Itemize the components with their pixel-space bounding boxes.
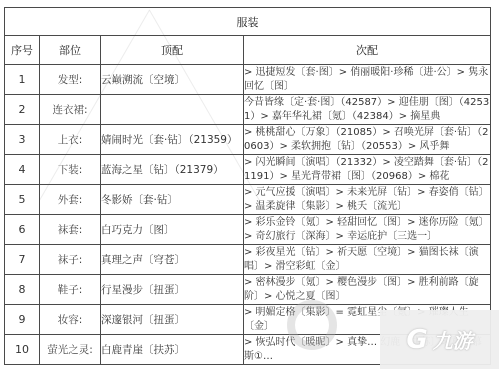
header-number: 序号 xyxy=(5,36,40,65)
row-secondary-choice: > 桃桃甜心〔万象〕（21085）> 召唤光屏〔套·钻〕（20603）> 柔软拥… xyxy=(244,125,491,155)
watermark-logo: G 九游 xyxy=(380,310,499,369)
table-row: 1 发型: 云巅溯流〔空境〕 > 迅捷短发〔套·图〕> 俏丽暖阳·珍稀〔进·公〕… xyxy=(5,65,491,95)
row-part: 发型: xyxy=(40,65,101,95)
table-row: 8 鞋子: 行星漫步〔扭蛋〕 > 密林漫步〔氪〕> 樱色漫步〔图〕> 胜利前路〔… xyxy=(5,275,491,305)
row-secondary-text: > 闪光瞬间〔演唱〕（21332）> 凌空踏舞〔套·钻〕（21191）> 星光背… xyxy=(244,156,490,184)
row-number: 9 xyxy=(5,305,40,335)
header-secondary-choice: 次配 xyxy=(244,36,491,65)
row-number: 2 xyxy=(5,95,40,125)
row-secondary-choice: > 迅捷短发〔套·图〕> 俏丽暖阳·珍稀〔进·公〕> 隽永回忆〔图〕 xyxy=(244,65,491,95)
row-secondary-text: > 密林漫步〔氪〕> 樱色漫步〔图〕> 胜利前路〔旋阶〕> 心悦之夏〔图〕 xyxy=(244,276,490,304)
row-number: 4 xyxy=(5,155,40,185)
row-top-choice: 行星漫步〔扭蛋〕 xyxy=(101,275,244,305)
row-part: 鞋子: xyxy=(40,275,101,305)
table-row: 5 外套: 冬影娇〔套·钻〕 > 元气应援〔演唱〕> 未来光屏〔钻〕> 春姿俏〔… xyxy=(5,185,491,215)
row-part: 萤光之灵: xyxy=(40,335,101,365)
row-part: 袜套: xyxy=(40,215,101,245)
row-number: 1 xyxy=(5,65,40,95)
row-number: 8 xyxy=(5,275,40,305)
row-part: 上衣: xyxy=(40,125,101,155)
row-number: 10 xyxy=(5,335,40,365)
row-top-choice: 云巅溯流〔空境〕 xyxy=(101,65,244,95)
table-title: 服装 xyxy=(5,8,491,36)
row-secondary-text: > 彩夜星光〔钻〕> 祈天愿〔空境〕> 猫图长袜〔演唱〕> 滑空彩虹〔金〕 xyxy=(244,246,490,274)
watermark-logo-text: 九游 xyxy=(433,325,473,354)
row-part: 连衣裙: xyxy=(40,95,101,125)
row-number: 6 xyxy=(5,215,40,245)
row-number: 7 xyxy=(5,245,40,275)
row-secondary-choice: > 闪光瞬间〔演唱〕（21332）> 凌空踏舞〔套·钻〕（21191）> 星光背… xyxy=(244,155,491,185)
row-secondary-text: 今昔皆缘〔定·套·图〕（42587）> 迎佳朋〔图〕（42531）> 嘉年华礼裙… xyxy=(244,96,490,124)
row-secondary-text: > 桃桃甜心〔万象〕（21085）> 召唤光屏〔套·钻〕（20603）> 柔软拥… xyxy=(244,126,490,154)
row-secondary-choice: > 彩乐金铃〔氪〕> 轻甜回忆〔图〕> 迷你历险〔氪〕> 奇幻旅行〔深海〕> 幸… xyxy=(244,215,491,245)
row-secondary-choice: > 元气应援〔演唱〕> 未来光屏〔钻〕> 春姿俏〔钻〕> 温柔旋律〔集影〕> 桃… xyxy=(244,185,491,215)
row-top-choice: 真理之声〔穹苍〕 xyxy=(101,245,244,275)
table-row: 7 袜子: 真理之声〔穹苍〕 > 彩夜星光〔钻〕> 祈天愿〔空境〕> 猫图长袜〔… xyxy=(5,245,491,275)
row-top-choice: 深邃银河〔扭蛋〕 xyxy=(101,305,244,335)
row-top-choice: 婧闹时光〔套·钻〕（21359） xyxy=(101,125,244,155)
row-secondary-text: > 迅捷短发〔套·图〕> 俏丽暖阳·珍稀〔进·公〕> 隽永回忆〔图〕 xyxy=(244,66,490,94)
row-part: 妆容: xyxy=(40,305,101,335)
jiuyou-logo-icon: G xyxy=(406,325,428,355)
table-title-row: 服装 xyxy=(5,8,491,36)
row-secondary-text: > 彩乐金铃〔氪〕> 轻甜回忆〔图〕> 迷你历险〔氪〕> 奇幻旅行〔深海〕> 幸… xyxy=(244,216,490,244)
row-top-choice: 冬影娇〔套·钻〕 xyxy=(101,185,244,215)
row-secondary-choice: > 彩夜星光〔钻〕> 祈天愿〔空境〕> 猫图长袜〔演唱〕> 滑空彩虹〔金〕 xyxy=(244,245,491,275)
header-top-choice: 顶配 xyxy=(101,36,244,65)
table-row: 2 连衣裙: 今昔皆缘〔定·套·图〕（42587）> 迎佳朋〔图〕（42531）… xyxy=(5,95,491,125)
row-part: 袜子: xyxy=(40,245,101,275)
table-row: 3 上衣: 婧闹时光〔套·钻〕（21359） > 桃桃甜心〔万象〕（21085）… xyxy=(5,125,491,155)
row-top-choice: 白巧克力〔图〕 xyxy=(101,215,244,245)
row-number: 3 xyxy=(5,125,40,155)
row-secondary-choice: 今昔皆缘〔定·套·图〕（42587）> 迎佳朋〔图〕（42531）> 嘉年华礼裙… xyxy=(244,95,491,125)
row-top-choice: 蓝海之星〔钻〕（21379） xyxy=(101,155,244,185)
row-top-choice: 白鹿青崖〔扶苏〕 xyxy=(101,335,244,365)
row-part: 外套: xyxy=(40,185,101,215)
row-number: 5 xyxy=(5,185,40,215)
table-header-row: 序号 部位 顶配 次配 xyxy=(5,36,491,65)
row-part: 下装: xyxy=(40,155,101,185)
table-row: 6 袜套: 白巧克力〔图〕 > 彩乐金铃〔氪〕> 轻甜回忆〔图〕> 迷你历险〔氪… xyxy=(5,215,491,245)
row-top-choice xyxy=(101,95,244,125)
row-secondary-choice: > 密林漫步〔氪〕> 樱色漫步〔图〕> 胜利前路〔旋阶〕> 心悦之夏〔图〕 xyxy=(244,275,491,305)
row-secondary-text: > 元气应援〔演唱〕> 未来光屏〔钻〕> 春姿俏〔钻〕> 温柔旋律〔集影〕> 桃… xyxy=(244,186,490,214)
table-row: 4 下装: 蓝海之星〔钻〕（21379） > 闪光瞬间〔演唱〕（21332）> … xyxy=(5,155,491,185)
header-part: 部位 xyxy=(40,36,101,65)
